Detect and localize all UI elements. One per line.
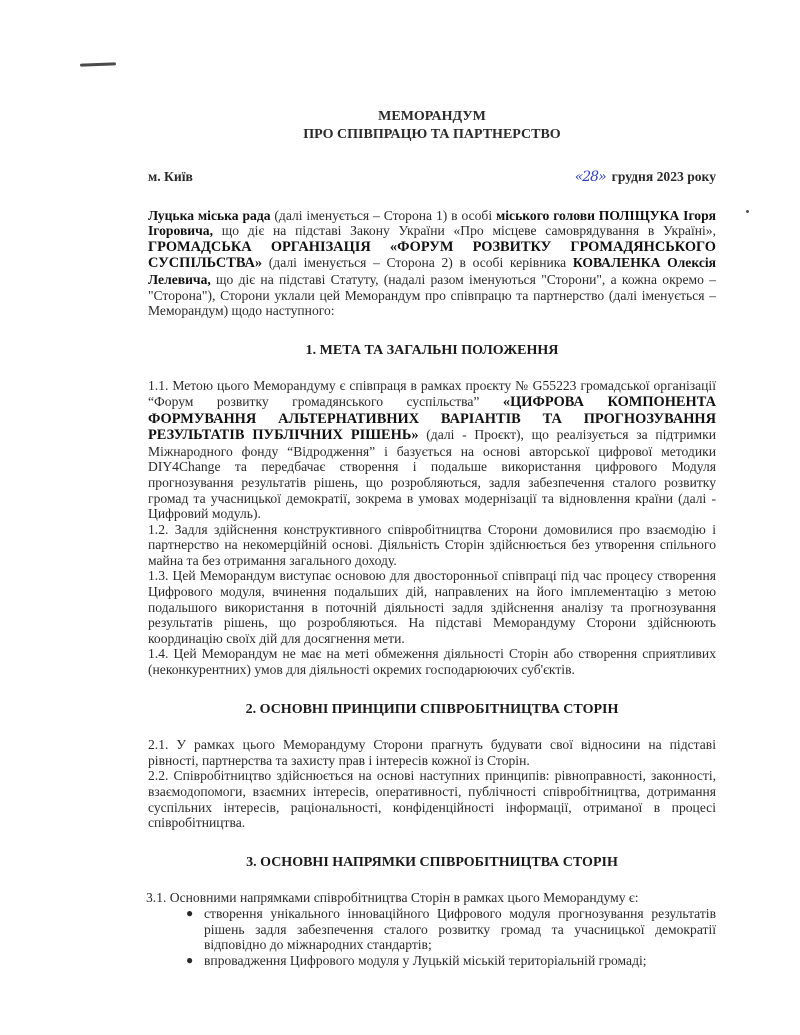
- directions-list: ● створення унікального інноваційного Ци…: [148, 906, 716, 968]
- document-title: МЕМОРАНДУМ: [148, 108, 716, 126]
- clause-1-2: 1.2. Задля здійснення конструктивного сп…: [148, 522, 716, 569]
- scan-artifact-dot: [746, 210, 749, 213]
- place: м. Київ: [148, 169, 193, 186]
- clause-3-1: 3.1. Основними напрямками співробітництв…: [146, 890, 716, 906]
- bullet-icon: ●: [186, 906, 193, 922]
- clause-1-1: 1.1. Метою цього Меморандуму є співпраця…: [148, 378, 716, 521]
- list-item: ● створення унікального інноваційного Ци…: [186, 906, 716, 953]
- place-date-line: м. Київ «28» грудня 2023 року: [148, 169, 716, 186]
- memorandum-page: МЕМОРАНДУМ ПРО СПІВПРАЦЮ ТА ПАРТНЕРСТВО …: [148, 108, 716, 968]
- clause-1-3: 1.3. Цей Меморандум виступає основою для…: [148, 568, 716, 646]
- date: «28» грудня 2023 року: [575, 169, 716, 186]
- document-subtitle: ПРО СПІВПРАЦЮ ТА ПАРТНЕРСТВО: [148, 126, 716, 143]
- clause-2-2: 2.2. Співробітництво здійснюється на осн…: [148, 768, 716, 830]
- section-heading-2: 2. ОСНОВНІ ПРИНЦИПИ СПІВРОБІТНИЦТВА СТОР…: [148, 702, 716, 718]
- party1-name: Луцька міська рада: [148, 208, 271, 223]
- bullet-icon: ●: [186, 953, 193, 969]
- section-heading-3: 3. ОСНОВНІ НАПРЯМКИ СПІВРОБІТНИЦТВА СТОР…: [148, 855, 716, 871]
- clause-2-1: 2.1. У рамках цього Меморандуму Сторони …: [148, 737, 716, 768]
- handwritten-day: «28»: [575, 170, 606, 186]
- list-item: ● впровадження Цифрового модуля у Луцькі…: [186, 953, 716, 969]
- date-rest: грудня 2023 року: [612, 169, 716, 185]
- clause-1-4: 1.4. Цей Меморандум не має на меті обмеж…: [148, 646, 716, 677]
- section-heading-1: 1. МЕТА ТА ЗАГАЛЬНІ ПОЛОЖЕННЯ: [148, 343, 716, 359]
- preamble: Луцька міська рада (далі іменується – Ст…: [148, 208, 716, 319]
- scan-artifact-mark: [80, 62, 116, 66]
